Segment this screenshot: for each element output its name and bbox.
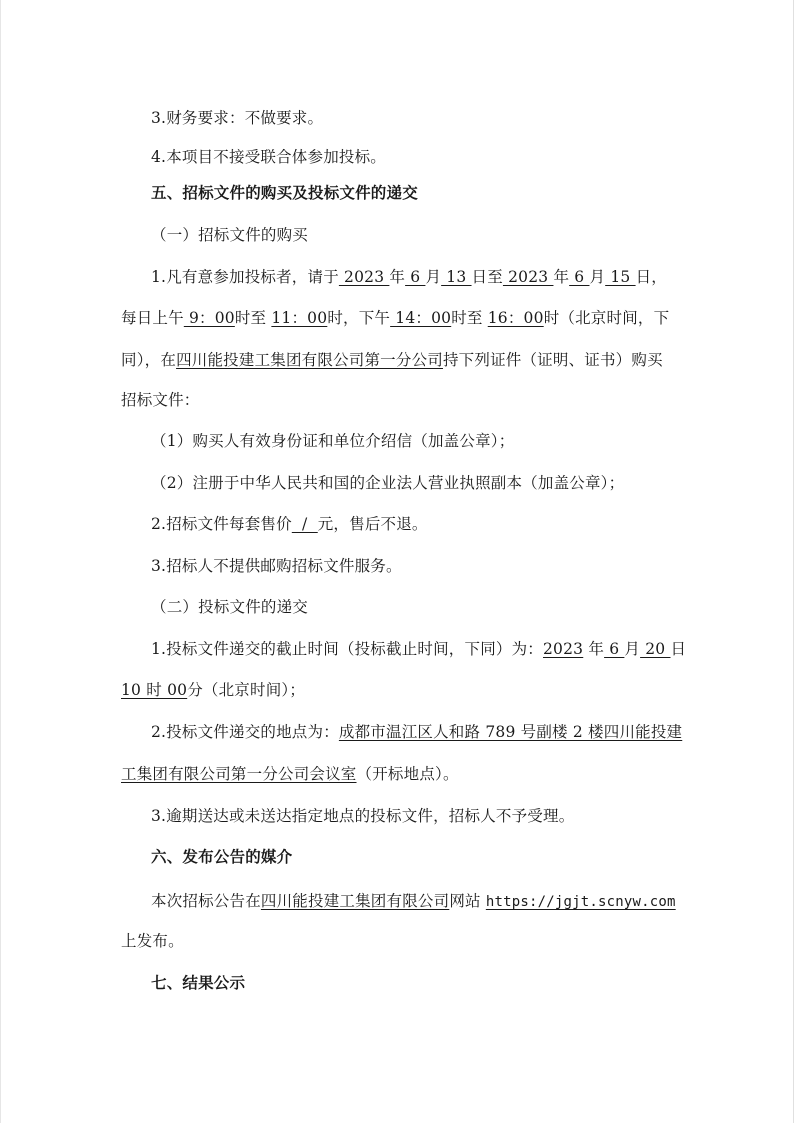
- no-mail-order-line: 3.招标人不提供邮购招标文件服务。: [151, 556, 669, 576]
- text: 时至: [451, 309, 488, 327]
- text: 1.投标文件递交的截止时间（投标截止时间，下同）为：: [151, 640, 543, 658]
- text: 2.投标文件递交的地点为：: [151, 723, 339, 741]
- document-price: /: [292, 515, 318, 533]
- text: 持下列证件（证明、证书）购买: [443, 351, 663, 369]
- consortium-clause: 4.本项目不接受联合体参加投标。: [151, 147, 669, 167]
- end-year: 2023: [503, 268, 554, 286]
- am-end-time: 11：00: [271, 309, 327, 327]
- text: 年: [553, 268, 569, 286]
- text: 日至: [472, 268, 503, 286]
- website-link[interactable]: https://jgjt.scnyw.com: [486, 894, 676, 910]
- text: 日，: [636, 268, 667, 286]
- publisher-name: 四川能投建工集团有限公司: [261, 892, 449, 910]
- text: 元，售后不退。: [318, 515, 428, 533]
- publication-line: 本次招标公告在四川能投建工集团有限公司网站 https://jgjt.scnyw…: [151, 891, 669, 912]
- requirement-business-license: （2）注册于中华人民共和国的企业法人营业执照副本（加盖公章）；: [151, 473, 669, 493]
- deadline-month: 6: [604, 640, 624, 658]
- section-5-heading: 五、招标文件的购买及投标文件的递交: [151, 183, 669, 203]
- purchase-hours-line: 每日上午 9：00时至 11：00时，下午 14：00时至 16：00时（北京时…: [121, 308, 669, 328]
- section-6-heading: 六、发布公告的媒介: [151, 847, 669, 867]
- deadline-time: 10 时 00: [121, 681, 187, 699]
- text: 网站: [449, 892, 486, 910]
- subsection-purchase-heading: （一）招标文件的购买: [151, 225, 669, 245]
- deadline-day: 20: [640, 640, 670, 658]
- publication-line-2: 上发布。: [121, 931, 669, 951]
- text: 月: [589, 268, 605, 286]
- text: （开标地点）。: [357, 765, 459, 783]
- am-start-time: 9：00: [184, 309, 235, 327]
- submission-address-line: 2.投标文件递交的地点为：成都市温江区人和路 789 号副楼 2 楼四川能投建: [151, 722, 669, 742]
- requirement-id-letter: （1）购买人有效身份证和单位介绍信（加盖公章）；: [151, 431, 669, 451]
- pm-end-time: 16：00: [488, 309, 544, 327]
- text: 时，下午: [327, 309, 390, 327]
- start-day: 13: [441, 268, 471, 286]
- text: 分（北京时间）；: [187, 681, 305, 699]
- pm-start-time: 14：00: [390, 309, 451, 327]
- text: 本次招标公告在: [151, 892, 261, 910]
- text: 每日上午: [121, 309, 184, 327]
- document-price-line: 2.招标文件每套售价 / 元，售后不退。: [151, 514, 669, 534]
- text: 同），在: [121, 351, 176, 369]
- submission-address: 成都市温江区人和路 789 号副楼 2 楼四川能投建: [339, 723, 682, 741]
- end-day: 15: [605, 268, 635, 286]
- start-year: 2023: [339, 268, 390, 286]
- deadline-time-line: 10 时 00分（北京时间）；: [121, 680, 669, 700]
- text: 时（北京时间，下: [544, 309, 670, 327]
- end-month: 6: [569, 268, 589, 286]
- start-month: 6: [405, 268, 425, 286]
- finance-requirement: 3.财务要求：不做要求。: [151, 108, 669, 128]
- text: 年: [389, 268, 405, 286]
- text: 1.凡有意参加投标者，请于: [151, 268, 339, 286]
- purchase-location-line: 同），在四川能投建工集团有限公司第一分公司持下列证件（证明、证书）购买: [121, 350, 669, 370]
- text: 时至: [235, 309, 272, 327]
- text: 年: [583, 640, 604, 658]
- deadline-line: 1.投标文件递交的截止时间（投标截止时间，下同）为：2023 年 6 月 20 …: [151, 639, 669, 659]
- text: 日: [671, 640, 687, 658]
- purchase-docs-line: 招标文件：: [121, 390, 669, 410]
- document-page: 3.财务要求：不做要求。 4.本项目不接受联合体参加投标。 五、招标文件的购买及…: [0, 0, 794, 1123]
- submission-address-line-2: 工集团有限公司第一分公司会议室（开标地点）。: [121, 764, 669, 784]
- purchase-location: 四川能投建工集团有限公司第一分公司: [176, 351, 443, 369]
- text: 月: [425, 268, 441, 286]
- text: 2.招标文件每套售价: [151, 515, 292, 533]
- subsection-submission-heading: （二）投标文件的递交: [151, 597, 669, 617]
- purchase-period-line: 1.凡有意参加投标者，请于 2023 年 6 月 13 日至 2023 年 6 …: [151, 267, 669, 287]
- section-7-heading: 七、结果公示: [151, 973, 669, 993]
- text: 月: [624, 640, 640, 658]
- deadline-year: 2023: [543, 640, 583, 658]
- submission-address-cont: 工集团有限公司第一分公司会议室: [121, 765, 357, 783]
- late-submission-line: 3.逾期送达或未送达指定地点的投标文件，招标人不予受理。: [151, 806, 669, 826]
